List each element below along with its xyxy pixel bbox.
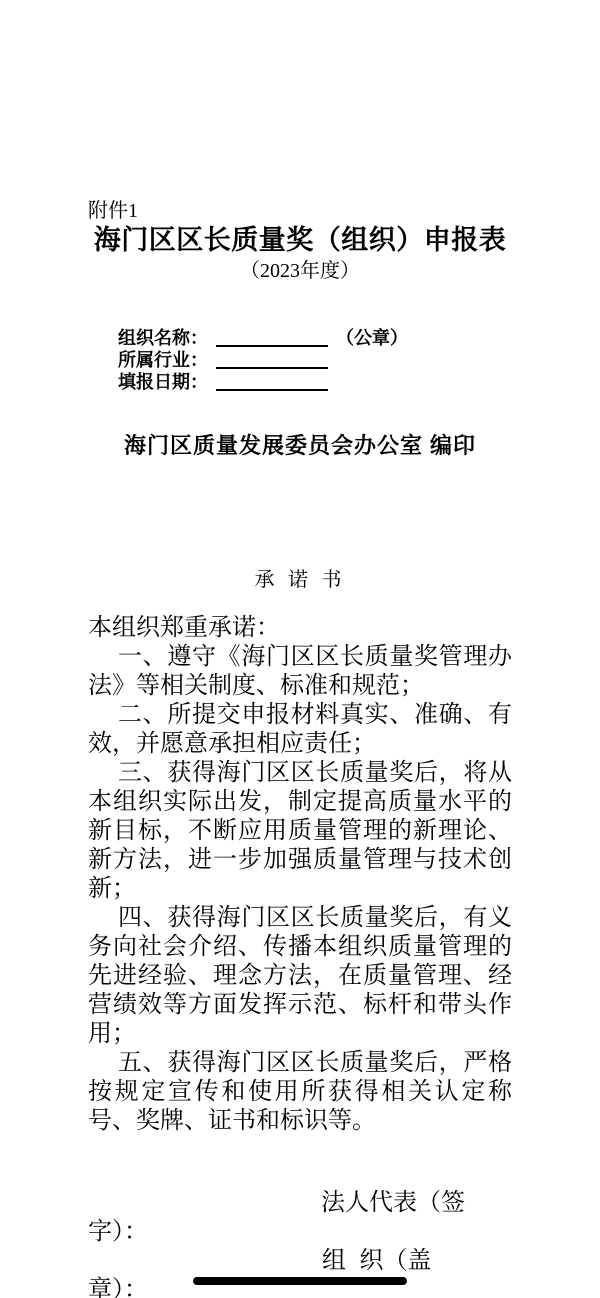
legal-rep-signature-label-line2: 字）： [88, 1217, 148, 1246]
cover-form-block: 组织名称： （公章） 所属行业： 填报日期： [118, 327, 408, 393]
commitment-item-3: 三、获得海门区区长质量奖后，将从本组织实际出发，制定提高质量水平的新目标，不断应… [88, 758, 512, 903]
commitment-item-1: 一、遵守《海门区区长质量奖管理办法》等相关制度、标准和规范； [88, 642, 512, 700]
fill-date-blank-line [216, 375, 328, 391]
commitment-opening: 本组织郑重承诺： [88, 613, 512, 642]
document-title: 海门区区长质量奖（组织）申报表 [0, 224, 600, 257]
legal-rep-signature-label-line1: 法人代表（签 [321, 1188, 465, 1217]
official-seal-note: （公章） [336, 327, 408, 349]
commitment-item-5: 五、获得海门区区长质量奖后，严格按规定宣传和使用所获得相关认定称号、奖牌、证书和… [88, 1048, 512, 1135]
commitment-item-4: 四、获得海门区区长质量奖后，有义务向社会介绍、传播本组织质量管理的先进经验、理念… [88, 903, 512, 1048]
org-name-label: 组织名称： [118, 327, 208, 349]
org-name-blank-line [216, 331, 328, 347]
org-seal-label-line2: 章）： [88, 1275, 148, 1298]
attachment-label: 附件1 [88, 199, 138, 223]
commitment-body: 本组织郑重承诺： 一、遵守《海门区区长质量奖管理办法》等相关制度、标准和规范； … [88, 613, 512, 1135]
publisher-line: 海门区质量发展委员会办公室 编印 [0, 433, 600, 459]
form-row-org-name: 组织名称： （公章） [118, 327, 408, 349]
commitment-item-2: 二、所提交申报材料真实、准确、有效，并愿意承担相应责任； [88, 700, 512, 758]
form-row-industry: 所属行业： [118, 349, 408, 371]
fill-date-label: 填报日期： [118, 371, 208, 393]
industry-label: 所属行业： [118, 349, 208, 371]
document-page: 附件1 海门区区长质量奖（组织）申报表 （2023年度） 组织名称： （公章） … [0, 0, 600, 1298]
org-seal-label-line1: 组 织（盖 [322, 1246, 431, 1275]
document-year: （2023年度） [0, 259, 600, 284]
industry-blank-line [216, 353, 328, 369]
commitment-heading: 承 诺 书 [0, 568, 600, 592]
signature-rule-line [193, 1277, 407, 1285]
form-row-fill-date: 填报日期： [118, 371, 408, 393]
